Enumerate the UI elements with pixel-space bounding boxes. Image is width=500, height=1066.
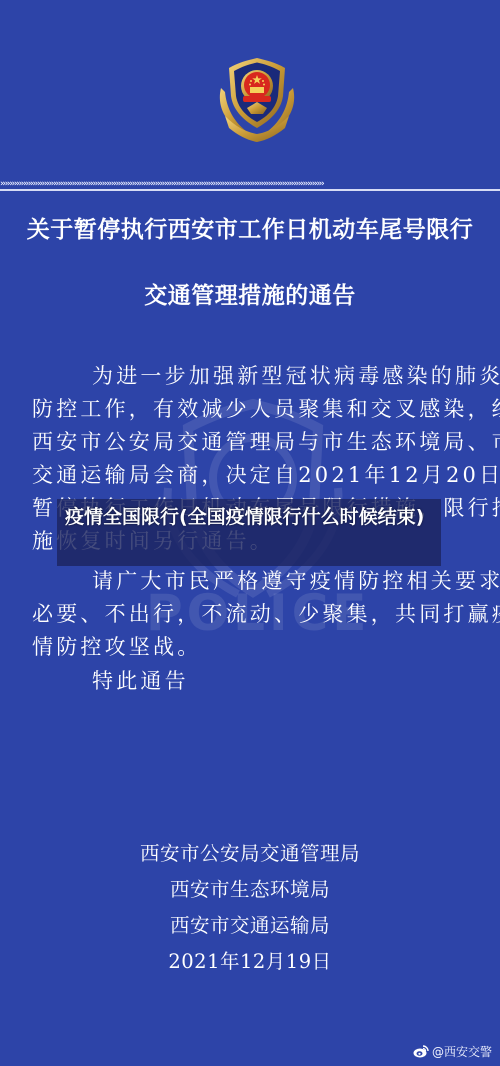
notice-title-line2: 交通管理措施的通告: [0, 277, 500, 310]
paragraph1-line: 防控工作，有效减少人员聚集和交叉感染，经: [32, 395, 472, 423]
notice-title-line1: 关于暂停执行西安市工作日机动车尾号限行: [0, 211, 500, 244]
paragraph1-line: 为进一步加强新型冠状病毒感染的肺炎疫情: [92, 362, 500, 390]
weibo-handle: @西安交警: [432, 1043, 492, 1060]
notice-date: 2021年12月19日: [90, 949, 410, 975]
paragraph2-line: 必要、不出行，不流动、少聚集，共同打赢疫: [32, 600, 472, 628]
police-emblem-icon: [215, 56, 299, 146]
signatory-traffic-police: 西安市公安局交通管理局: [90, 841, 410, 867]
paragraph1-line: 交通运输局会商，决定自2021年12月20日起，: [32, 461, 472, 489]
paragraph1-line: 西安市公安局交通管理局与市生态环境局、市: [32, 428, 472, 456]
paragraph2-line: 情防控攻坚战。: [32, 633, 472, 661]
paragraph2-line: 请广大市民严格遵守疫情防控相关要求，非: [92, 567, 500, 595]
weibo-watermark: @西安交警: [413, 1042, 492, 1060]
closing-text: 特此通告: [92, 667, 500, 695]
signatory-transport-bureau: 西安市交通运输局: [90, 913, 410, 939]
signatory-ecology-bureau: 西安市生态环境局: [90, 877, 410, 903]
weibo-icon: [413, 1044, 429, 1058]
divider-rule: [0, 189, 500, 191]
notice-page: ››››››››››››››››››››››››››››››››››››››››…: [0, 0, 500, 1066]
overlay-title-text: 疫情全国限行(全国疫情限行什么时候结束): [65, 502, 437, 533]
chevron-divider: ››››››››››››››››››››››››››››››››››››››››…: [0, 180, 500, 188]
overlay-title-banner: 疫情全国限行(全国疫情限行什么时候结束): [57, 499, 441, 566]
